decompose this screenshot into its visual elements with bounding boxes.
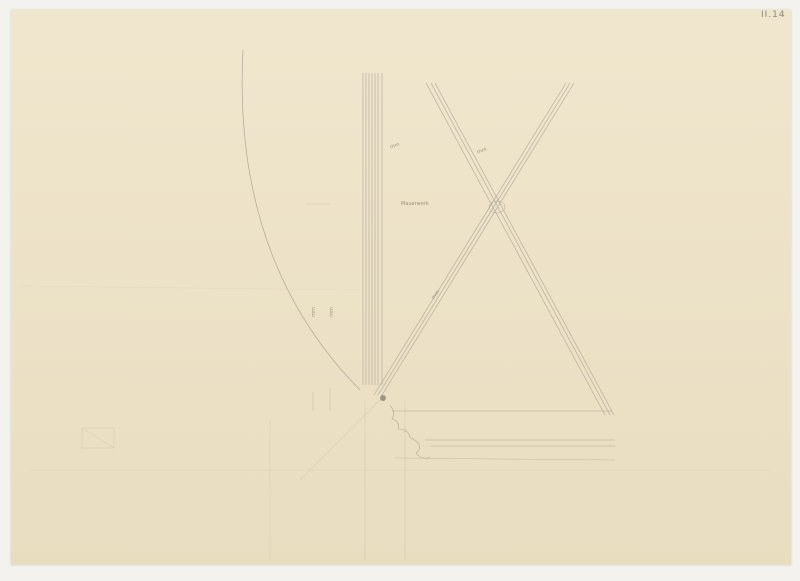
left-vertical-label-b: mm [329,307,335,317]
sheet-number: II.14 [761,10,786,20]
arc-line [242,50,360,390]
diagonal-band-b [374,83,574,395]
diagonal-band-a [426,83,614,415]
center-note: Mauerwerk [401,201,429,207]
left-vertical-label-a: mm [311,307,317,317]
pencil-drawing [0,0,800,581]
vertical-band [363,73,382,385]
